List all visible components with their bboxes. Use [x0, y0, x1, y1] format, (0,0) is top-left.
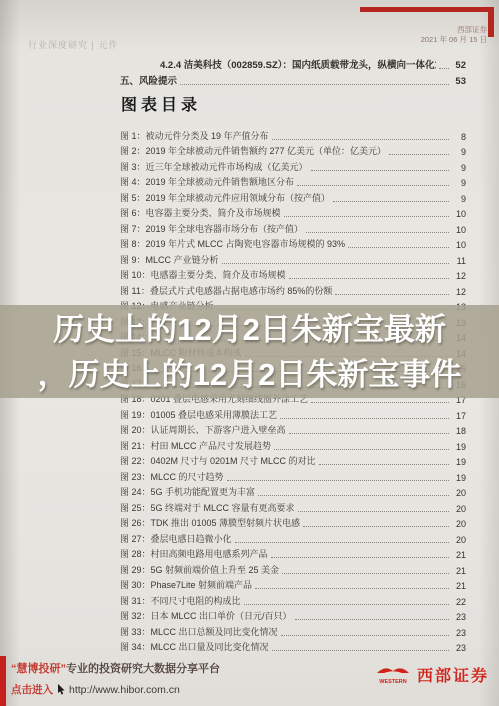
figure-toc-row-page: 10 — [452, 240, 466, 250]
figure-toc-row: 图 20：认证周期长、下游客户进入壁垒高18 — [120, 421, 466, 437]
dot-leader — [284, 216, 449, 217]
figure-toc-row-page: 12 — [452, 287, 466, 297]
overlay-banner: 历史上的12月2日朱新宝最新 ，历史上的12月2日朱新宝事件 — [0, 305, 499, 398]
figure-toc-row: 图 1：被动元件分类及 19 年产值分布8 — [120, 126, 466, 142]
figure-toc-row-label: 图 27：叠层电感日趋微小化 — [120, 532, 232, 545]
report-category-label: 行业深度研究 | 元件 — [28, 38, 118, 51]
dot-leader — [389, 154, 449, 155]
figure-toc-row: 图 7：2019 年全球电容器市场分布（按产值）10 — [120, 219, 466, 235]
hibor-url[interactable]: http://www.hibor.com.cn — [69, 684, 180, 696]
figure-toc-row-label: 图 19：01005 叠层电感采用薄膜法工艺 — [120, 408, 277, 421]
dot-leader — [272, 139, 449, 140]
figure-toc-row: 图 19：01005 叠层电感采用薄膜法工艺17 — [120, 405, 466, 421]
chapter-toc-row: 五、风险提示53 — [120, 71, 466, 87]
figure-toc-row-label: 图 28：村田高频电路用电感系列产品 — [120, 547, 268, 560]
figure-toc-row-label: 图 10：电感器主要分类、简介及市场规模 — [120, 268, 286, 281]
dot-leader — [439, 68, 449, 69]
western-wing-icon — [374, 665, 412, 677]
figure-toc-row-page: 9 — [452, 163, 466, 173]
figure-toc-row: 图 26：TDK 推出 01005 薄膜型射频片状电感20 — [120, 514, 466, 530]
dot-leader — [311, 402, 449, 403]
dot-leader — [297, 185, 449, 186]
report-header-right: 西部证券 2021 年 06 月 15 日 — [421, 25, 487, 45]
figure-toc-row: 图 33：MLCC 出口总额及同比变化情况23 — [120, 622, 466, 638]
western-securities-logo: WESTERN 西部证券 — [374, 663, 489, 686]
figure-toc-row: 图 8：2019 年片式 MLCC 占陶瓷电容器市场规模的 93%10 — [120, 235, 466, 251]
report-date: 2021 年 06 月 15 日 — [421, 35, 487, 45]
dot-leader — [303, 526, 449, 527]
chapter-toc: 4.2.4 洁美科技（002859.SZ）：国内纸质载带龙头，纵横向一体化发展5… — [120, 55, 466, 87]
dot-leader — [244, 604, 449, 605]
dot-leader — [333, 201, 449, 202]
figure-toc-row-page: 10 — [452, 209, 466, 219]
figure-toc-row-label: 图 9：MLCC 产业链分析 — [120, 253, 219, 266]
figure-toc-row: 图 2：2019 年全球被动元件销售额约 277 亿美元（单位：亿美元）9 — [120, 142, 466, 158]
figure-toc-row-label: 图 11：叠层式片式电感器占据电感市场约 85%的份额 — [120, 284, 332, 297]
overlay-banner-line1: 历史上的12月2日朱新宝最新 — [0, 307, 499, 352]
figure-toc-row-page: 19 — [452, 473, 466, 483]
figure-toc-row: 图 22：0402M 尺寸与 0201M 尺寸 MLCC 的对比19 — [120, 452, 466, 468]
footer-red-bar — [0, 656, 6, 706]
figure-toc-row-page: 8 — [452, 132, 466, 142]
dot-leader — [274, 449, 449, 450]
hibor-tagline-text: 专业的投资研究大数据分享平台 — [66, 663, 220, 675]
western-logo-mark: WESTERN — [374, 665, 412, 684]
figure-toc-row-label: 图 34：MLCC 出口量及同比变化情况 — [120, 640, 269, 653]
figure-toc-row-label: 图 24：5G 手机功能配置更为丰富 — [120, 485, 255, 498]
figure-toc-row: 图 28：村田高频电路用电感系列产品21 — [120, 545, 466, 561]
figure-toc-row-page: 9 — [452, 147, 466, 157]
dot-leader — [298, 511, 449, 512]
chapter-toc-row-label: 五、风险提示 — [120, 73, 177, 87]
dot-leader — [258, 495, 449, 496]
figure-toc-row-page: 17 — [452, 411, 466, 421]
dot-leader — [282, 573, 449, 574]
figure-toc-row-page: 9 — [452, 194, 466, 204]
figure-toc-row-label: 图 25：5G 终端对于 MLCC 容量有更高要求 — [120, 501, 295, 514]
svg-text:WESTERN: WESTERN — [379, 679, 407, 684]
dot-leader — [180, 84, 449, 85]
footer-hibor-block: “慧博投研”专业的投资研究大数据分享平台 点击进入 http://www.hib… — [11, 660, 220, 697]
figure-toc-row: 图 5：2019 年全球被动元件应用领域分布（按产值）9 — [120, 188, 466, 204]
dot-leader — [348, 247, 449, 248]
figure-toc-title: 图表目录 — [121, 92, 201, 115]
dot-leader — [311, 170, 449, 171]
figure-toc-row: 图 27：叠层电感日趋微小化20 — [120, 529, 466, 545]
dot-leader — [295, 619, 449, 620]
figure-toc-row-page: 22 — [452, 597, 466, 607]
figure-toc-row: 图 29：5G 射频前端价值上升至 25 美金21 — [120, 560, 466, 576]
figure-toc-row: 图 6：电容器主要分类、简介及市场规模10 — [120, 204, 466, 220]
dot-leader — [222, 263, 449, 264]
figure-toc-row-page: 20 — [452, 488, 466, 498]
top-right-rule-vertical — [488, 7, 494, 37]
figure-toc-row-page: 11 — [452, 256, 466, 266]
figure-toc-row-label: 图 2：2019 年全球被动元件销售额约 277 亿美元（单位：亿美元） — [120, 144, 386, 157]
figure-toc-row-page: 21 — [452, 581, 466, 591]
chapter-toc-row-label: 4.2.4 洁美科技（002859.SZ）：国内纸质载带龙头，纵横向一体化发展 — [160, 57, 436, 71]
top-right-rule-horizontal — [360, 7, 493, 12]
figure-toc-row-page: 19 — [452, 442, 466, 452]
figure-toc-row-label: 图 3：近三年全球被动元件市场构成（亿美元） — [120, 160, 308, 173]
figure-toc-row-label: 图 4：2019 年全球被动元件销售额地区分布 — [120, 175, 294, 188]
figure-toc-row: 图 23：MLCC 的尺寸趋势19 — [120, 467, 466, 483]
figure-toc-row: 图 34：MLCC 出口量及同比变化情况23 — [120, 638, 466, 654]
hibor-link-row: 点击进入 http://www.hibor.com.cn — [11, 682, 220, 697]
dot-leader — [255, 588, 449, 589]
figure-toc-row-page: 20 — [452, 504, 466, 514]
figure-toc-row: 图 11：叠层式片式电感器占据电感市场约 85%的份额12 — [120, 281, 466, 297]
figure-toc-row-label: 图 33：MLCC 出口总额及同比变化情况 — [120, 625, 278, 638]
overlay-banner-line2: ，历史上的12月2日朱新宝事件 — [0, 352, 499, 397]
report-page: 行业深度研究 | 元件 西部证券 2021 年 06 月 15 日 4.2.4 … — [0, 0, 499, 706]
western-logo-text: WESTERN — [374, 677, 412, 684]
figure-toc-row-page: 18 — [452, 426, 466, 436]
figure-toc-row-label: 图 31：不同尺寸电阻的构成比 — [120, 594, 241, 607]
figure-toc-row-label: 图 32：日本 MLCC 出口单价（日元/百只） — [120, 609, 292, 622]
publisher-name: 西部证券 — [421, 25, 487, 35]
figure-toc-row: 图 32：日本 MLCC 出口单价（日元/百只）23 — [120, 607, 466, 623]
dot-leader — [280, 418, 449, 419]
figure-toc-row-page: 9 — [452, 178, 466, 188]
dot-leader — [335, 294, 449, 295]
dot-leader — [272, 650, 449, 651]
chapter-toc-row: 4.2.4 洁美科技（002859.SZ）：国内纸质载带龙头，纵横向一体化发展5… — [120, 55, 466, 71]
dot-leader — [235, 542, 449, 543]
figure-toc-row-page: 23 — [452, 612, 466, 622]
figure-toc-row-label: 图 6：电容器主要分类、简介及市场规模 — [120, 206, 281, 219]
figure-toc-row: 图 30：Phase7Lite 射频前端产品21 — [120, 576, 466, 592]
figure-toc-row-page: 12 — [452, 271, 466, 281]
figure-toc-row: 图 25：5G 终端对于 MLCC 容量有更高要求20 — [120, 498, 466, 514]
figure-toc-row-label: 图 1：被动元件分类及 19 年产值分布 — [120, 129, 269, 142]
dot-leader — [227, 480, 449, 481]
figure-toc-row: 图 21：村田 MLCC 产品尺寸发展趋势19 — [120, 436, 466, 452]
dot-leader — [281, 635, 449, 636]
figure-toc-row: 图 3：近三年全球被动元件市场构成（亿美元）9 — [120, 157, 466, 173]
dot-leader — [289, 278, 449, 279]
figure-toc-row-page: 10 — [452, 225, 466, 235]
chapter-toc-row-page: 52 — [452, 60, 466, 71]
hibor-brand: “慧博投研” — [11, 663, 66, 675]
figure-toc-row-label: 图 21：村田 MLCC 产品尺寸发展趋势 — [120, 439, 271, 452]
figure-toc-row: 图 24：5G 手机功能配置更为丰富20 — [120, 483, 466, 499]
figure-toc-row: 图 4：2019 年全球被动元件销售额地区分布9 — [120, 173, 466, 189]
enter-label[interactable]: 点击进入 — [11, 682, 53, 697]
figure-toc-row-page: 20 — [452, 519, 466, 529]
figure-toc-row-label: 图 22：0402M 尺寸与 0201M 尺寸 MLCC 的对比 — [120, 454, 316, 467]
cursor-icon — [56, 684, 66, 696]
figure-toc-row-label: 图 20：认证周期长、下游客户进入壁垒高 — [120, 423, 286, 436]
figure-toc-row-page: 19 — [452, 457, 466, 467]
figure-toc-row: 图 9：MLCC 产业链分析11 — [120, 250, 466, 266]
hibor-tagline: “慧博投研”专业的投资研究大数据分享平台 — [11, 660, 220, 676]
figure-toc-row-label: 图 26：TDK 推出 01005 薄膜型射频片状电感 — [120, 516, 300, 529]
figure-toc-row-label: 图 8：2019 年片式 MLCC 占陶瓷电容器市场规模的 93% — [120, 237, 345, 250]
figure-toc-row-page: 21 — [452, 550, 466, 560]
figure-toc-row: 图 31：不同尺寸电阻的构成比22 — [120, 591, 466, 607]
figure-toc-row-page: 21 — [452, 566, 466, 576]
western-logo-cn: 西部证券 — [417, 663, 489, 686]
dot-leader — [289, 433, 449, 434]
figure-toc-row: 图 10：电感器主要分类、简介及市场规模12 — [120, 266, 466, 282]
figure-toc-row-label: 图 30：Phase7Lite 射频前端产品 — [120, 578, 252, 591]
dot-leader — [306, 232, 449, 233]
figure-toc-row-label: 图 5：2019 年全球被动元件应用领域分布（按产值） — [120, 191, 330, 204]
dot-leader — [271, 557, 449, 558]
figure-toc-row-label: 图 29：5G 射频前端价值上升至 25 美金 — [120, 563, 279, 576]
figure-toc-row-page: 20 — [452, 535, 466, 545]
chapter-toc-row-page: 53 — [452, 76, 466, 87]
figure-toc-row-page: 23 — [452, 628, 466, 638]
dot-leader — [319, 464, 449, 465]
figure-toc-row-page: 23 — [452, 643, 466, 653]
figure-toc-row-label: 图 23：MLCC 的尺寸趋势 — [120, 470, 224, 483]
figure-toc-row-label: 图 7：2019 年全球电容器市场分布（按产值） — [120, 222, 303, 235]
